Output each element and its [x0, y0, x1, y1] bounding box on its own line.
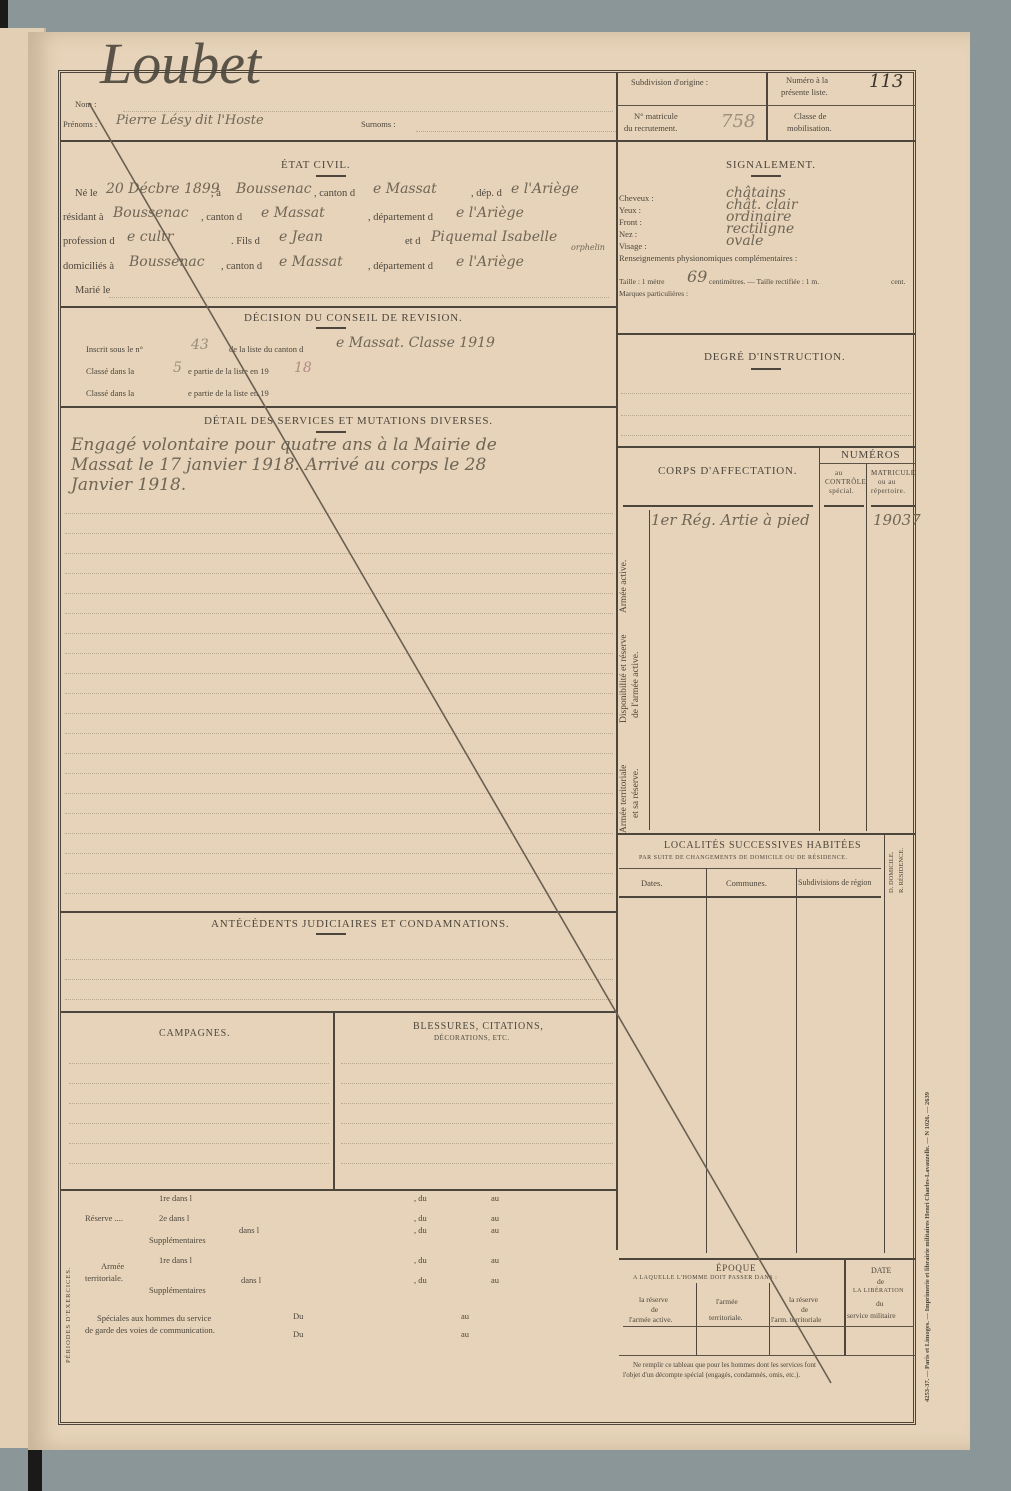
taille-value: 69: [687, 267, 707, 286]
inscrit-label: Inscrit sous le n°: [86, 344, 143, 354]
speciales-1: Spéciales aux hommes du service: [97, 1313, 211, 1323]
matricule-value: 758: [721, 111, 755, 132]
nom-label: Nom :: [75, 99, 97, 109]
departement3-label: , département d: [368, 261, 433, 272]
partie2-label: e partie de la liste en 19: [188, 388, 269, 398]
taille-cent: cent.: [891, 277, 905, 286]
fils-value: e Jean: [279, 229, 323, 245]
departement-value: e l'Ariège: [456, 205, 524, 221]
spec-au-2: au: [461, 1329, 469, 1339]
canton2-value: e Massat: [261, 205, 325, 221]
signalement-title: SIGNALEMENT.: [726, 159, 816, 171]
register-page: Loubet Nom : Prénoms : Pierre Lésy dit l…: [28, 32, 970, 1450]
marie-label: Marié le: [75, 285, 110, 296]
epoque-col3-a: la réserve: [789, 1295, 818, 1304]
classe1-label: Classé dans la: [86, 366, 134, 376]
blessures-subtitle: DÉCORATIONS, ETC.: [434, 1034, 510, 1042]
reserve-r2: 2e dans l: [159, 1213, 189, 1223]
inscrit-value: 43: [191, 337, 209, 353]
spec-du-2: Du: [293, 1329, 303, 1339]
domicilies-value: Boussenac: [129, 254, 205, 270]
yeux-label: Yeux :: [619, 205, 641, 215]
profession-value: e cultr: [127, 229, 173, 245]
side-armee-active: Armée active.: [619, 560, 629, 613]
profession-label: profession d: [63, 236, 115, 247]
domicilies-label: domiciliés à: [63, 261, 114, 272]
canton2-label: , canton d: [201, 212, 242, 223]
spec-au-1: au: [461, 1311, 469, 1321]
spec-du-1: Du: [293, 1311, 303, 1321]
classe1-value: 5: [173, 360, 182, 376]
canton-label: , canton d: [314, 188, 355, 199]
numeros-title: NUMÉROS: [841, 449, 900, 461]
residant-value: Boussenac: [113, 205, 189, 221]
prenoms-value: Pierre Lésy dit l'Hoste: [116, 113, 264, 128]
numero-label-1: Numéro à la: [786, 75, 828, 85]
epoque-col1-a: la réserve: [639, 1295, 668, 1304]
dep-value: e l'Ariège: [511, 181, 579, 197]
r2-du: , du: [414, 1213, 427, 1223]
reserve-supp-dans: dans l: [239, 1225, 259, 1235]
antecedents-title: ANTÉCÉDENTS JUDICIAIRES ET CONDAMNATIONS…: [211, 918, 509, 930]
epoque-note-1: Ne remplir ce tableau que pour les homme…: [633, 1361, 816, 1369]
canton3-label: , canton d: [221, 261, 262, 272]
nez-label: Nez :: [619, 229, 637, 239]
epoque-note-2: l'objet d'un décompte spécial (engagés, …: [623, 1371, 800, 1379]
ne-le-value: 20 Décbre 1899: [106, 181, 220, 197]
printer-imprint: 4253-37. — Paris et Limoges. — Imprimeri…: [924, 1092, 931, 1402]
subdivision-label: Subdivision d'origine :: [631, 77, 708, 87]
epoque-col2-a: l'armée: [716, 1297, 738, 1306]
campagnes-title: CAMPAGNES.: [159, 1028, 230, 1039]
periodes-side-label: PÉRIODES D'EXERCICES.: [65, 1266, 72, 1363]
etat-civil-title: ÉTAT CIVIL.: [281, 159, 350, 171]
side-domicile: D. DOMICILE.: [888, 852, 895, 893]
book-spine-top: [0, 0, 8, 30]
residant-label: résidant à: [63, 212, 104, 223]
et-label: et d: [405, 236, 420, 247]
departement-label: , département d: [368, 212, 433, 223]
t1-du: , du: [414, 1255, 427, 1265]
classe-label-2: mobilisation.: [787, 123, 832, 133]
front-label: Front :: [619, 217, 642, 227]
supp-du: , du: [414, 1225, 427, 1235]
a-value: Boussenac: [236, 181, 312, 197]
numeros-col1-a: au: [835, 469, 843, 477]
services-line-1: Engagé volontaire pour quatre ans à la M…: [71, 435, 497, 455]
epoque-col3-c: l'arm. territoriale: [771, 1315, 822, 1324]
visage-label: Visage :: [619, 241, 647, 251]
numeros-col2-a: MATRICULE: [871, 469, 916, 477]
et-value: Piquemal Isabelle: [431, 229, 557, 245]
epoque-col2-b: territoriale.: [709, 1313, 743, 1322]
armee-label-1: Armée: [101, 1261, 124, 1271]
date-e: service militaire: [847, 1311, 896, 1320]
side-terr-1: Armée territoriale: [619, 765, 629, 833]
r1-au: au: [491, 1193, 499, 1203]
numeros-col2-b: ou au: [878, 478, 896, 486]
epoque-col3-b: de: [801, 1305, 808, 1314]
col-subdivisions: Subdivisions de région: [798, 878, 871, 887]
numeros-col1-b: CONTRÔLE: [825, 478, 866, 486]
reserve-supp: Supplémentaires: [149, 1235, 206, 1245]
tsupp-du: , du: [414, 1275, 427, 1285]
a-label: , à: [211, 188, 221, 199]
canton3-value: e Massat: [279, 254, 343, 270]
t1-au: au: [491, 1255, 499, 1265]
decision-title: DÉCISION DU CONSEIL DE REVISION.: [244, 312, 463, 324]
r1-du: , du: [414, 1193, 427, 1203]
col-communes: Communes.: [726, 878, 767, 888]
numeros-col2-c: répertoire.: [871, 487, 905, 495]
matricule-label-2: du recrutement.: [624, 123, 677, 133]
corps-matricule-entry: 19037: [873, 511, 921, 529]
services-title: DÉTAIL DES SERVICES ET MUTATIONS DIVERSE…: [204, 415, 493, 427]
fils-label: . Fils d: [231, 236, 260, 247]
cheveux-label: Cheveux :: [619, 193, 654, 203]
surnoms-label: Surnoms :: [361, 119, 396, 129]
numero-value: 113: [869, 71, 903, 92]
prenoms-label: Prénoms :: [63, 119, 97, 129]
date-d: du: [876, 1299, 884, 1308]
canton-value: e Massat: [373, 181, 437, 197]
r2-au: au: [491, 1213, 499, 1223]
date-b: de: [877, 1277, 884, 1286]
ne-le-label: Né le: [75, 188, 97, 199]
side-terr-2: et sa réserve.: [631, 769, 641, 818]
partie1-label: e partie de la liste en 19: [188, 366, 269, 376]
epoque-col1-b: de: [651, 1305, 658, 1314]
classe2-label: Classé dans la: [86, 388, 134, 398]
side-dispo-2: de l'armée active.: [631, 652, 641, 718]
services-line-3: Janvier 1918.: [71, 475, 186, 495]
epoque-col1-c: l'armée active.: [629, 1315, 672, 1324]
registration-form: Nom : Prénoms : Pierre Lésy dit l'Hoste …: [58, 70, 916, 1425]
date-a: DATE: [871, 1266, 891, 1275]
taille-label: Taille : 1 mètre: [619, 277, 665, 286]
reserve-label: Réserve ....: [85, 1213, 123, 1223]
epoque-subtitle: A LAQUELLE L'HOMME DOIT PASSER DANS :: [633, 1275, 777, 1281]
numeros-col1-c: spécial.: [829, 487, 854, 495]
localites-title: LOCALITÉS SUCCESSIVES HABITÉES: [664, 840, 861, 851]
supp-au: au: [491, 1225, 499, 1235]
blessures-title: BLESSURES, CITATIONS,: [413, 1021, 544, 1032]
departement3-value: e l'Ariège: [456, 254, 524, 270]
partie1-value: 18: [294, 360, 312, 376]
classe-label-1: Classe de: [794, 111, 826, 121]
speciales-2: de garde des voies de communication.: [85, 1325, 215, 1335]
epoque-title: ÉPOQUE: [716, 1263, 756, 1273]
corps-entry: 1er Rég. Artie à pied: [651, 511, 810, 529]
taille-suffix: centimètres. — Taille rectifiée : 1 m.: [709, 277, 819, 286]
degre-title: DEGRÉ D'INSTRUCTION.: [704, 351, 845, 363]
services-line-2: Massat le 17 janvier 1918. Arrivé au cor…: [71, 455, 486, 475]
side-residence: R. RÉSIDENCE.: [898, 848, 905, 893]
numero-label-2: présente liste.: [781, 87, 828, 97]
matricule-label-1: N° matricule: [634, 111, 678, 121]
liste-value: e Massat. Classe 1919: [336, 335, 495, 351]
localites-subtitle: PAR SUITE DE CHANGEMENTS DE DOMICILE OU …: [639, 855, 847, 861]
date-c: LA LIBÉRATION: [853, 1288, 904, 1294]
visage-value: ovale: [726, 233, 763, 249]
dep-label: , dép. d: [471, 188, 502, 199]
marques-label: Marques particulières :: [619, 289, 688, 298]
territoriale-t1: 1re dans l: [159, 1255, 192, 1265]
renseignements-label: Renseignements physionomiques complément…: [619, 253, 797, 263]
tsupp-au: au: [491, 1275, 499, 1285]
liste-label: de la liste du canton d: [229, 344, 303, 354]
side-dispo-1: Disponibilité et réserve: [619, 634, 629, 723]
territoriale-supp-dans: dans l: [241, 1275, 261, 1285]
armee-label-2: territoriale.: [85, 1273, 123, 1283]
territoriale-supp: Supplémentaires: [149, 1285, 206, 1295]
corps-title: CORPS D'AFFECTATION.: [658, 465, 797, 477]
departement3-note: orphelin: [571, 243, 605, 252]
col-dates: Dates.: [641, 878, 662, 888]
reserve-r1: 1re dans l: [159, 1193, 192, 1203]
